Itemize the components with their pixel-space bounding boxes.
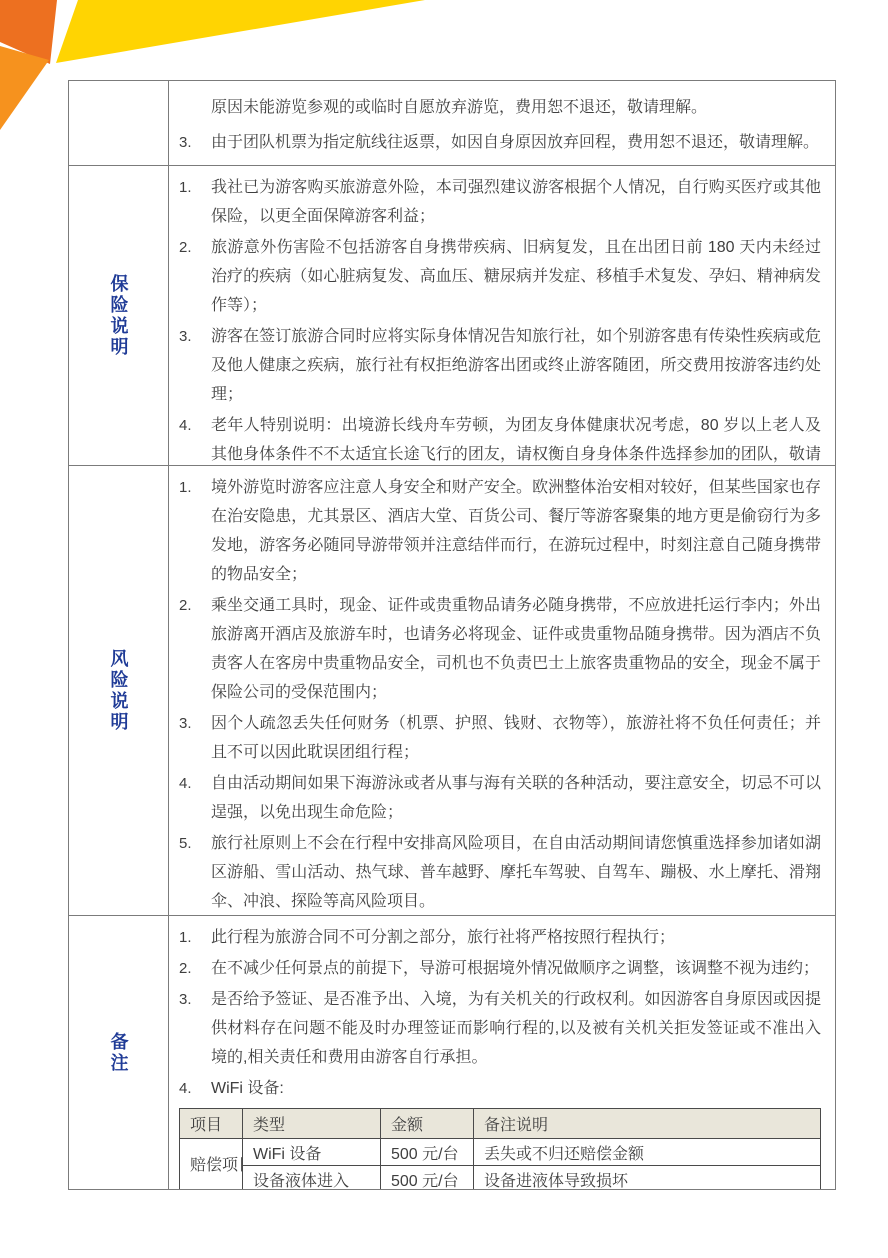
list-item-number: 3.	[179, 322, 211, 409]
list-item-text: 旅游意外伤害险不包括游客自身携带疾病、旧病复发，且在出团日前 180 天内未经过…	[211, 233, 821, 320]
list-item-text: 是否给予签证、是否准予出、入境，为有关机关的行政权利。如因游客自身原因或因提供材…	[211, 985, 821, 1072]
section-content-insurance: 1. 我社已为游客购买旅游意外险，本司强烈建议游客根据个人情况，自行购买医疗或其…	[169, 166, 835, 465]
section-label-cell-insurance: 保险说明	[69, 166, 169, 465]
wifi-header-amount: 金额	[381, 1109, 474, 1139]
list-item-number: 5.	[179, 829, 211, 915]
list-item: 3. 由于团队机票为指定航线往返票，如因自身原因放弃回程，费用恕不退还，敬请理解…	[179, 126, 821, 159]
section-label-cell-empty	[69, 81, 169, 165]
list-item: 3. 游客在签订旅游合同时应将实际身体情况告知旅行社，如个别游客患有传染性疾病或…	[179, 322, 821, 409]
list-item-number: 2.	[179, 233, 211, 320]
list-item: 1. 我社已为游客购买旅游意外险，本司强烈建议游客根据个人情况，自行购买医疗或其…	[179, 173, 821, 231]
list-item-number: 4.	[179, 411, 211, 465]
list-item-text: 境外游览时游客应注意人身安全和财产安全。欧洲整体治安相对较好，但某些国家也存在治…	[211, 473, 821, 589]
list-item-text: 自由活动期间如果下海游泳或者从事与海有关联的各种活动，要注意安全，切忌不可以逞强…	[211, 769, 821, 827]
wifi-header-note: 备注说明	[474, 1109, 821, 1139]
section-row-remarks: 备注 1. 此行程为旅游合同不可分割之部分，旅行社将严格按照行程执行； 2. 在…	[69, 916, 835, 1189]
list-item: 3. 是否给予签证、是否准予出、入境，为有关机关的行政权利。如因游客自身原因或因…	[179, 985, 821, 1072]
table-row: 赔偿项目 WiFi 设备 500 元/台 丢失或不归还赔偿金额	[180, 1139, 821, 1166]
document-page: { "colors": { "orange_dark": "#ED7020", …	[0, 0, 888, 1258]
list-item-text: 因个人疏忽丢失任何财务（机票、护照、钱财、衣物等），旅游社将不负任何责任；并且不…	[211, 709, 821, 767]
list-item: 2. 旅游意外伤害险不包括游客自身携带疾病、旧病复发，且在出团日前 180 天内…	[179, 233, 821, 320]
list-item-number: 1.	[179, 923, 211, 952]
wifi-table: 项目 类型 金额 备注说明 赔偿项目 WiFi 设备 500 元/台 丢失或不归…	[179, 1108, 821, 1189]
list-item-text: 在不减少任何景点的前提下，导游可根据境外情况做顺序之调整，该调整不视为违约；	[211, 954, 821, 983]
section-label-cell-risk: 风险说明	[69, 466, 169, 915]
section-label-risk: 风险说明	[106, 649, 132, 733]
list-item-text: 老年人特别说明：出境游长线舟车劳顿，为团友身体健康状况考虑，80 岁以上老人及其…	[211, 411, 821, 465]
list-item-text: 乘坐交通工具时，现金、证件或贵重物品请务必随身携带，不应放进托运行李内；外出旅游…	[211, 591, 821, 707]
section-content-continuation: 原因未能游览参观的或临时自愿放弃游览，费用恕不退还，敬请理解。 3. 由于团队机…	[169, 81, 835, 165]
list-item: 1. 境外游览时游客应注意人身安全和财产安全。欧洲整体治安相对较好，但某些国家也…	[179, 473, 821, 589]
list-item-number: 4.	[179, 1074, 211, 1103]
list-item-number: 3.	[179, 126, 211, 159]
list-item-number	[179, 91, 211, 124]
list-item: 1. 此行程为旅游合同不可分割之部分，旅行社将严格按照行程执行；	[179, 923, 821, 952]
wifi-header-item: 项目	[180, 1109, 243, 1139]
list-item: 4. 自由活动期间如果下海游泳或者从事与海有关联的各种活动，要注意安全，切忌不可…	[179, 769, 821, 827]
list-item-number: 4.	[179, 769, 211, 827]
list-item-number: 3.	[179, 985, 211, 1072]
wifi-cell-amount: 500 元/台	[381, 1139, 474, 1166]
wifi-table-header-row: 项目 类型 金额 备注说明	[180, 1109, 821, 1139]
list-item: 2. 在不减少任何景点的前提下，导游可根据境外情况做顺序之调整，该调整不视为违约…	[179, 954, 821, 983]
wifi-header-type: 类型	[243, 1109, 381, 1139]
list-item-number: 1.	[179, 473, 211, 589]
list-item-number: 1.	[179, 173, 211, 231]
list-item-number: 2.	[179, 954, 211, 983]
table-row: 设备液体进入 500 元/台 设备进液体导致损坏	[180, 1166, 821, 1190]
list-item: 原因未能游览参观的或临时自愿放弃游览，费用恕不退还，敬请理解。	[179, 91, 821, 124]
wifi-cell-note: 设备进液体导致损坏	[474, 1166, 821, 1190]
section-label-insurance: 保险说明	[106, 274, 132, 358]
list-item: 5. 旅行社原则上不会在行程中安排高风险项目，在自由活动期间请您慎重选择参加诸如…	[179, 829, 821, 915]
wifi-cell-note: 丢失或不归还赔偿金额	[474, 1139, 821, 1166]
list-item-number: 2.	[179, 591, 211, 707]
list-item: 4. WiFi 设备:	[179, 1074, 821, 1103]
wifi-group-label: 赔偿项目	[180, 1139, 243, 1190]
notes-table: 原因未能游览参观的或临时自愿放弃游览，费用恕不退还，敬请理解。 3. 由于团队机…	[68, 80, 836, 1190]
list-item-text: 原因未能游览参观的或临时自愿放弃游览，费用恕不退还，敬请理解。	[211, 91, 821, 124]
section-row-risk: 风险说明 1. 境外游览时游客应注意人身安全和财产安全。欧洲整体治安相对较好，但…	[69, 466, 835, 916]
section-row-insurance: 保险说明 1. 我社已为游客购买旅游意外险，本司强烈建议游客根据个人情况，自行购…	[69, 166, 835, 466]
list-item-text: 我社已为游客购买旅游意外险，本司强烈建议游客根据个人情况，自行购买医疗或其他保险…	[211, 173, 821, 231]
list-item-text: 旅行社原则上不会在行程中安排高风险项目，在自由活动期间请您慎重选择参加诸如湖区游…	[211, 829, 821, 915]
list-item-text: 此行程为旅游合同不可分割之部分，旅行社将严格按照行程执行；	[211, 923, 821, 952]
wifi-cell-type: WiFi 设备	[243, 1139, 381, 1166]
list-item: 3. 因个人疏忽丢失任何财务（机票、护照、钱财、衣物等），旅游社将不负任何责任；…	[179, 709, 821, 767]
section-content-risk: 1. 境外游览时游客应注意人身安全和财产安全。欧洲整体治安相对较好，但某些国家也…	[169, 466, 835, 915]
list-item-number: 3.	[179, 709, 211, 767]
section-label-cell-remarks: 备注	[69, 916, 169, 1189]
section-content-remarks: 1. 此行程为旅游合同不可分割之部分，旅行社将严格按照行程执行； 2. 在不减少…	[169, 916, 835, 1189]
wifi-cell-amount: 500 元/台	[381, 1166, 474, 1190]
list-item-text: WiFi 设备:	[211, 1074, 821, 1103]
section-label-remarks: 备注	[106, 1032, 132, 1074]
list-item: 2. 乘坐交通工具时，现金、证件或贵重物品请务必随身携带，不应放进托运行李内；外…	[179, 591, 821, 707]
list-item: 4. 老年人特别说明：出境游长线舟车劳顿，为团友身体健康状况考虑，80 岁以上老…	[179, 411, 821, 465]
list-item-text: 由于团队机票为指定航线往返票，如因自身原因放弃回程，费用恕不退还，敬请理解。	[211, 126, 821, 159]
section-row-continuation: 原因未能游览参观的或临时自愿放弃游览，费用恕不退还，敬请理解。 3. 由于团队机…	[69, 81, 835, 166]
triangle-yellow-icon	[56, 0, 425, 63]
triangle-orange-light-icon	[0, 46, 49, 130]
wifi-cell-type: 设备液体进入	[243, 1166, 381, 1190]
list-item-text: 游客在签订旅游合同时应将实际身体情况告知旅行社，如个别游客患有传染性疾病或危及他…	[211, 322, 821, 409]
